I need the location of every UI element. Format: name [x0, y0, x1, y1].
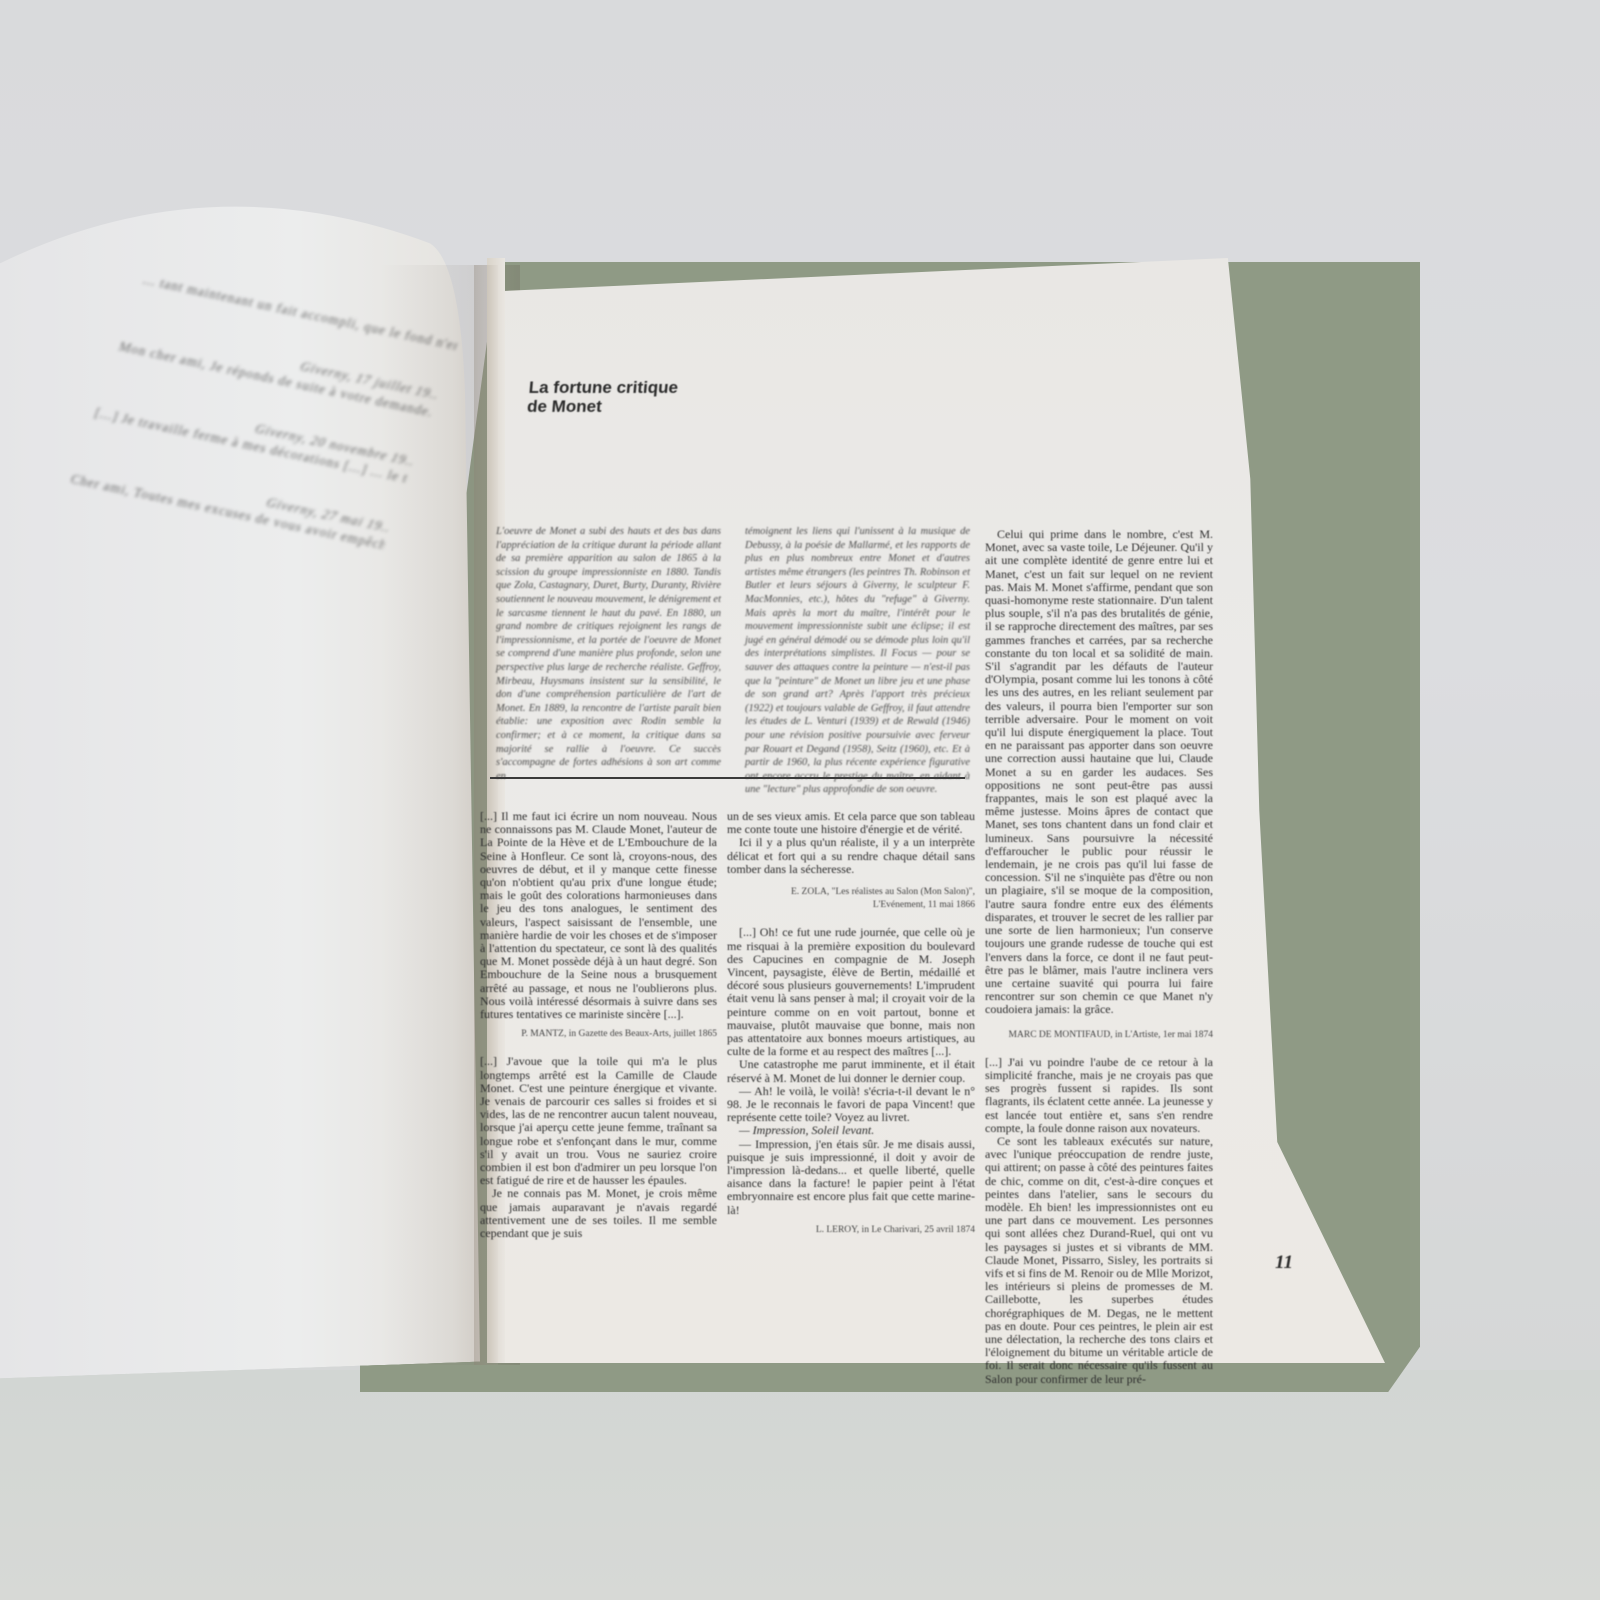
- page-number: 11: [1275, 1252, 1293, 1274]
- intro-column-1: L'oeuvre de Monet a subi des hauts et de…: [496, 525, 721, 783]
- attribution: L. LEROY, in Le Charivari, 25 avril 1874: [727, 1224, 975, 1237]
- body-column-b: un de ses vieux amis. Et cela parce que …: [727, 810, 975, 1251]
- chapter-title: La fortune critique de Monet: [526, 378, 679, 416]
- section-divider: [490, 777, 965, 779]
- table-surface: [0, 1370, 1600, 1600]
- attribution: E. ZOLA, "Les réalistes au Salon (Mon Sa…: [727, 886, 975, 912]
- attribution: P. MANTZ, in Gazette des Beaux-Arts, jui…: [480, 1028, 717, 1041]
- intro-column-2: témoignent les liens qui l'unissent à la…: [745, 525, 970, 797]
- body-column-a: [...] Il me faut ici écrire un nom nouve…: [480, 810, 717, 1240]
- attribution: MARC DE MONTIFAUD, in L'Artiste, 1er mai…: [985, 1029, 1213, 1042]
- photo-scene: ... tant maintenant un fait accompli, qu…: [0, 0, 1600, 1600]
- body-column-c: Celui qui prime dans le nombre, c'est M.…: [985, 528, 1213, 1386]
